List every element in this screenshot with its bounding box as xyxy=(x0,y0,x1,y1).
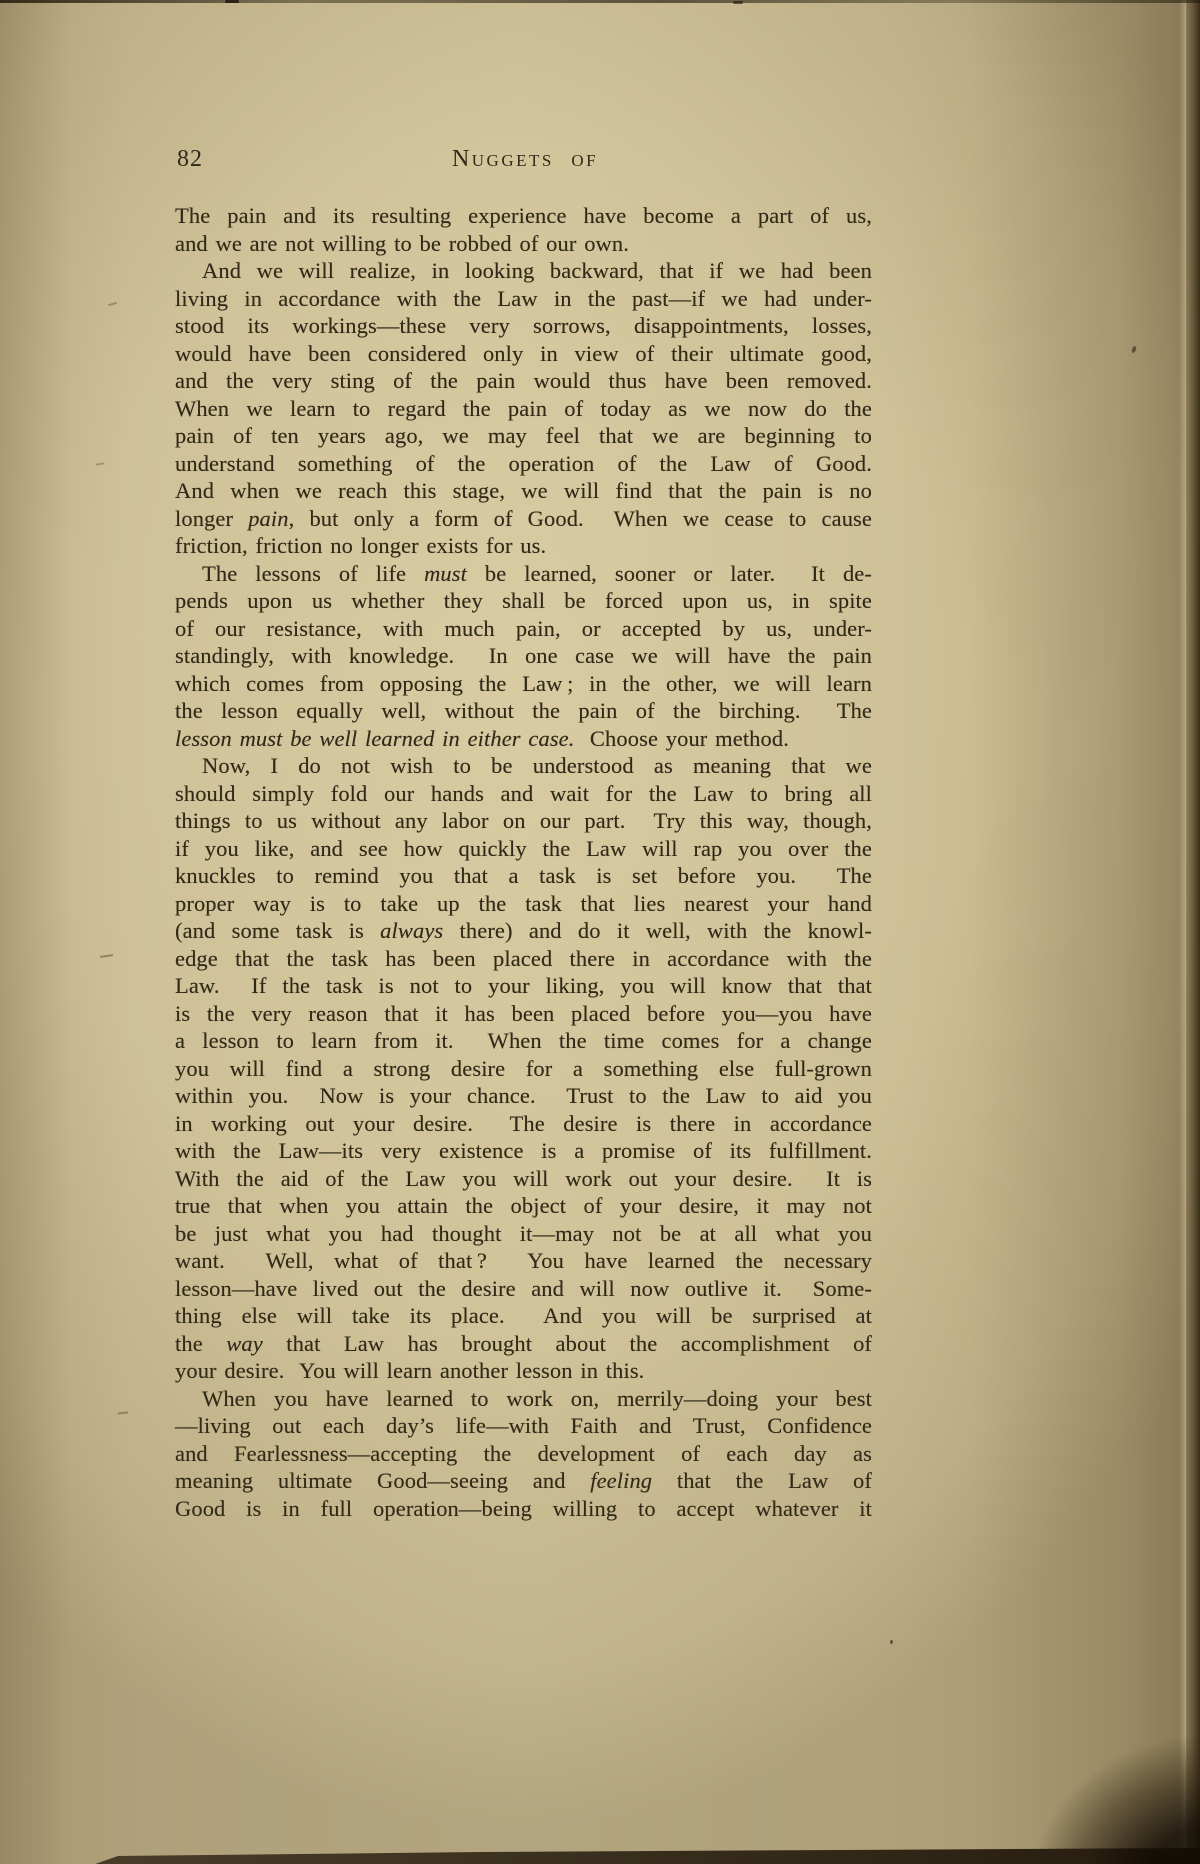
text-line: of our resistance, with much pain, or ac… xyxy=(175,615,872,643)
text-line: a lesson to learn from it. When the time… xyxy=(175,1027,872,1055)
text-line: And we will realize, in looking backward… xyxy=(175,257,872,285)
text-line: —living out each day’s life—with Faith a… xyxy=(175,1412,872,1440)
text-line: within you. Now is your chance. Trust to… xyxy=(175,1082,872,1110)
text-line: edge that the task has been placed there… xyxy=(175,945,872,973)
text-line: you will find a strong desire for a some… xyxy=(175,1055,872,1083)
text-line: which comes from opposing the Law ; in t… xyxy=(175,670,872,698)
scan-artifact xyxy=(96,462,104,465)
text-line: pain of ten years ago, we may feel that … xyxy=(175,422,872,450)
text-line: knuckles to remind you that a task is se… xyxy=(175,862,872,890)
text-line: friction, friction no longer exists for … xyxy=(175,532,872,560)
scan-artifact xyxy=(108,302,117,306)
text-line: When we learn to regard the pain of toda… xyxy=(175,395,872,423)
text-line: if you like, and see how quickly the Law… xyxy=(175,835,872,863)
text-line: standingly, with knowledge. In one case … xyxy=(175,642,872,670)
text-line: and we are not willing to be robbed of o… xyxy=(175,230,872,258)
text-line: thing else will take its place. And you … xyxy=(175,1302,872,1330)
right-page-edge xyxy=(1187,0,1200,1864)
page-crease-highlight xyxy=(1179,0,1186,1864)
text-line: (and some task is always there) and do i… xyxy=(175,917,872,945)
text-line: longer pain, but only a form of Good. Wh… xyxy=(175,505,872,533)
book-page-scan: 82 Nuggets of The pain and its resulting… xyxy=(0,0,1200,1864)
text-line: be just what you had thought it—may not … xyxy=(175,1220,872,1248)
text-line: pends upon us whether they shall be forc… xyxy=(175,587,872,615)
text-line: want. Well, what of that ? You have lear… xyxy=(175,1247,872,1275)
text-line: The lessons of life must be learned, soo… xyxy=(175,560,872,588)
text-line: your desire. You will learn another less… xyxy=(175,1357,872,1385)
right-gutter-shadow xyxy=(970,0,1200,1864)
text-line: is the very reason that it has been plac… xyxy=(175,1000,872,1028)
text-line: in working out your desire. The desire i… xyxy=(175,1110,872,1138)
text-line: with the Law—its very existence is a pro… xyxy=(175,1137,872,1165)
text-line: the lesson equally well, without the pai… xyxy=(175,697,872,725)
scan-artifact xyxy=(118,1411,128,1414)
page-text-block: The pain and its resulting experience ha… xyxy=(175,202,872,1522)
text-line: things to us without any labor on our pa… xyxy=(175,807,872,835)
paragraph: And we will realize, in looking backward… xyxy=(175,257,872,560)
text-line: lesson must be well learned in either ca… xyxy=(175,725,872,753)
scan-artifact xyxy=(100,954,113,958)
corner-curl-shadow xyxy=(960,1654,1200,1864)
paragraph: When you have learned to work on, merril… xyxy=(175,1385,872,1523)
text-line: When you have learned to work on, merril… xyxy=(175,1385,872,1413)
paragraph: Now, I do not wish to be understood as m… xyxy=(175,752,872,1385)
text-line: With the aid of the Law you will work ou… xyxy=(175,1165,872,1193)
running-title: Nuggets of xyxy=(175,146,875,173)
text-line: Law. If the task is not to your liking, … xyxy=(175,972,872,1000)
paragraph: The lessons of life must be learned, soo… xyxy=(175,560,872,753)
text-line: Now, I do not wish to be understood as m… xyxy=(175,752,872,780)
text-line: proper way is to take up the task that l… xyxy=(175,890,872,918)
text-line: Good is in full operation—being willing … xyxy=(175,1495,872,1523)
text-line: And when we reach this stage, we will fi… xyxy=(175,477,872,505)
text-line: understand something of the operation of… xyxy=(175,450,872,478)
text-line: lesson—have lived out the desire and wil… xyxy=(175,1275,872,1303)
paragraph: The pain and its resulting experience ha… xyxy=(175,202,872,257)
text-line: stood its workings—these very sorrows, d… xyxy=(175,312,872,340)
top-page-edge xyxy=(0,0,1200,3)
text-line: and the very sting of the pain would thu… xyxy=(175,367,872,395)
scan-artifact xyxy=(890,1640,893,1644)
text-line: would have been considered only in view … xyxy=(175,340,872,368)
text-line: The pain and its resulting experience ha… xyxy=(175,202,872,230)
left-edge-shadow xyxy=(0,0,70,1864)
text-line: and Fearlessness—accepting the developme… xyxy=(175,1440,872,1468)
text-line: the way that Law has brought about the a… xyxy=(175,1330,872,1358)
text-line: should simply fold our hands and wait fo… xyxy=(175,780,872,808)
text-line: meaning ultimate Good—seeing and feeling… xyxy=(175,1467,872,1495)
text-line: true that when you attain the object of … xyxy=(175,1192,872,1220)
text-line: living in accordance with the Law in the… xyxy=(175,285,872,313)
